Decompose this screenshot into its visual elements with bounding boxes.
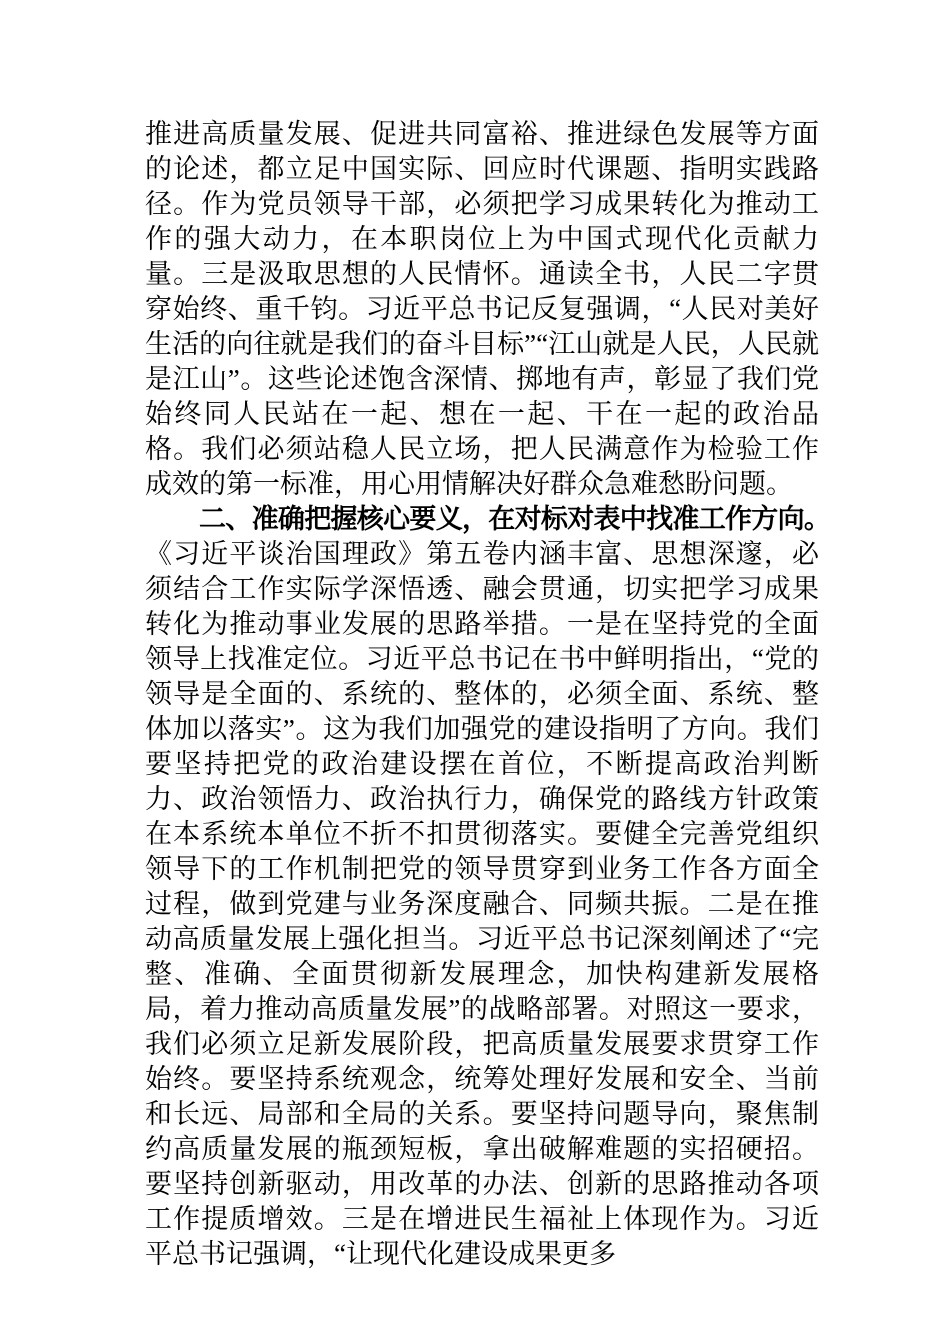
section-two-heading: 二、准确把握核心要义，在对标对表中找准工作方向。 [145,502,819,537]
document-text-block: 推进高质量发展、促进共同富裕、推进绿色发展等方面的论述，都立足中国实际、回应时代… [145,117,819,1272]
document-page: 推进高质量发展、促进共同富裕、推进绿色发展等方面的论述，都立足中国实际、回应时代… [0,0,950,1344]
paragraph-continuation: 推进高质量发展、促进共同富裕、推进绿色发展等方面的论述，都立足中国实际、回应时代… [145,117,819,502]
paragraph-section-two: 《习近平谈治国理政》第五卷内涵丰富、思想深邃，必须结合工作实际学深悟透、融会贯通… [145,537,819,1272]
